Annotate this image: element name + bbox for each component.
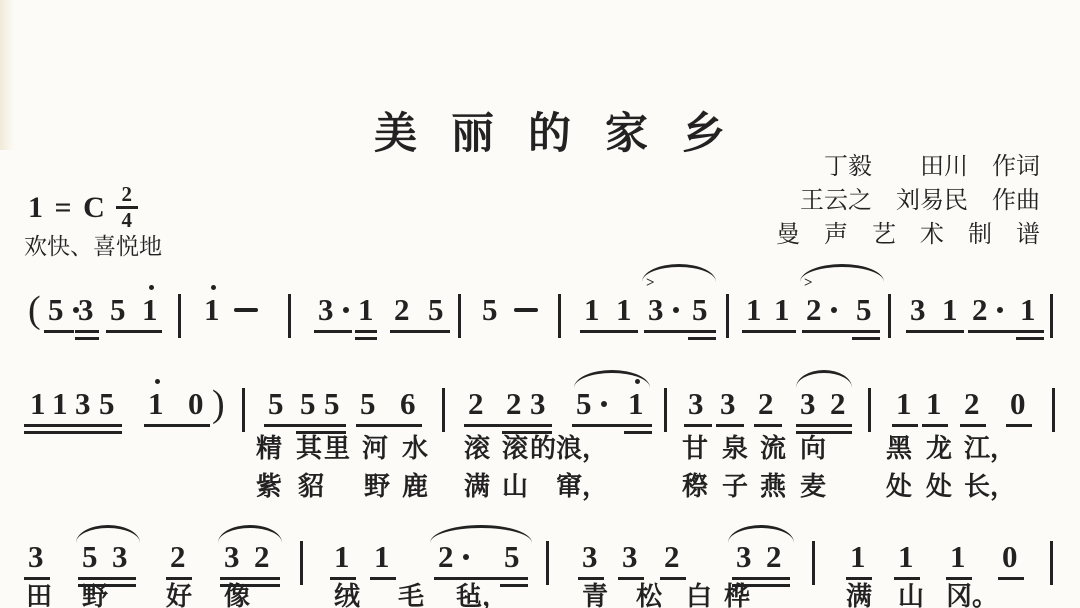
note: 1 [30,388,46,419]
note: 1 [374,541,390,572]
note: 3 [224,541,240,572]
note: 3 [28,541,44,572]
lyric-row: 田野好像绒毛毡，青松白桦满山冈。 [0,576,1080,608]
lyric-syllable: 龙 [926,428,952,465]
beam-line [314,330,352,333]
augmentation-dot [343,307,349,313]
note: 2 [766,541,782,572]
note: 5 [99,388,115,419]
lyric-syllable: 野 [82,576,108,608]
credit-line-lyricists: 丁毅 田川 作词 [776,150,1040,184]
note: 5 [268,388,284,419]
slur-arc [76,525,140,543]
beam-line [572,424,652,427]
note: 3 [622,541,638,572]
lyric-row: 精其里河水滚滚的浪，甘泉流向黑龙江， [0,428,1080,460]
lyric-syllable: 松 [636,576,662,608]
octave-dot [149,285,154,290]
lyric-syllable: 其 [296,428,322,465]
note: 3 [688,388,704,419]
octave-dot [211,285,216,290]
note: 5 [110,294,126,325]
page-edge-shade [0,0,14,150]
note: 1 [850,541,866,572]
note: 1 [358,294,374,325]
note: 3> [648,294,664,325]
barline [664,388,667,432]
note: 2> [806,294,822,325]
note: 1 [896,388,912,419]
lyric-syllable: 毛 [398,576,424,608]
lyric-syllable: 水 [402,428,428,465]
half-note-dash [514,308,538,312]
note: 5 [48,294,64,325]
note: 3 [910,294,926,325]
lyric-syllable: 山 [502,466,528,503]
augmentation-dot [831,307,837,313]
note: 1 [950,541,966,572]
lyric-syllable: 穄 [682,466,708,503]
note: 5 [324,388,340,419]
beam-line [464,424,552,427]
barline [888,294,891,338]
beam-line [968,330,1044,333]
note: 3 [582,541,598,572]
beam-line [684,424,712,427]
beam-line [906,330,964,333]
note: 1 [942,294,958,325]
note: 3 [530,388,546,419]
lyric-syllable: 的 [530,428,556,465]
note: 5 [82,541,98,572]
note: 1 [148,388,164,419]
beam-line [75,337,99,340]
slur-arc [800,264,884,282]
lyric-syllable: 田 [26,576,52,608]
note: 1 [1020,294,1036,325]
slur-arc [642,264,716,282]
lyric-syllable: 毡， [456,576,508,608]
note: 0 [1010,388,1026,419]
key-tonic: 1 = C [28,191,107,225]
note: 1 [628,388,644,419]
lyric-syllable: 河 [362,428,388,465]
lyric-syllable: 向 [800,428,826,465]
note: 2 [438,541,454,572]
lyric-syllable: 长， [964,466,1016,503]
note: 2 [506,388,522,419]
note: 2 [758,388,774,419]
barline [558,294,561,338]
tempo-marking: 欢快、喜悦地 [24,228,162,261]
beam-line [716,424,744,427]
parenthesis: ) [212,385,225,423]
note: 1 [52,388,68,419]
note: 1 [142,294,158,325]
note: 5 [692,294,708,325]
barline [1052,388,1055,432]
beam-line [960,424,986,427]
note: 2 [964,388,980,419]
lyric-syllable: 黑 [886,428,912,465]
beam-line [922,424,948,427]
beam-line [264,424,346,427]
note: 1 [898,541,914,572]
beam-line [580,330,638,333]
beam-line [355,337,377,340]
lyric-syllable: 山 [898,576,924,608]
lyric-syllable: 处 [926,466,952,503]
lyric-syllable: 甘 [682,428,708,465]
half-note-dash [234,308,258,312]
barline [1050,294,1053,338]
note: 5 [482,294,498,325]
lyric-syllable: 滚 [464,428,490,465]
beam-line [742,330,796,333]
note: 1 [774,294,790,325]
credit-line-engraver: 曼 声 艺 术 制 谱 [776,218,1040,252]
lyric-syllable: 野 [364,466,390,503]
barline [442,388,445,432]
lyric-syllable: 貂 [298,466,324,503]
beam-line [644,330,716,333]
lyric-syllable: 精 [256,428,282,465]
key-signature: 1 = C 2 4 [28,184,138,231]
beam-line [390,330,450,333]
note: 1 [584,294,600,325]
beam-line [802,330,880,333]
lyric-syllable: 绒 [334,576,360,608]
lyric-syllable: 鹿 [402,466,428,503]
augmentation-dot [463,554,469,560]
slur-arc [218,525,282,543]
note: 2 [170,541,186,572]
note: 3 [75,388,91,419]
note: 3 [736,541,752,572]
note: 1 [926,388,942,419]
beam-line [106,330,162,333]
slur-arc [430,525,532,543]
lyric-syllable: 滚 [502,428,528,465]
lyric-syllable: 青 [582,576,608,608]
note: 5 [360,388,376,419]
beam-line [892,424,918,427]
lyric-syllable: 江， [964,428,1016,465]
note: 5 [856,294,872,325]
parenthesis: ( [28,291,41,329]
barline [178,294,181,338]
slur-arc [728,525,794,543]
beam-line [24,424,122,427]
note: 1 [204,294,220,325]
lyric-syllable: 好 [166,576,192,608]
note: 3 [318,294,334,325]
lyric-syllable: 里 [324,428,350,465]
note: 0 [1002,541,1018,572]
barline [868,388,871,432]
time-signature: 2 4 [116,184,138,231]
lyric-syllable: 紫 [256,466,282,503]
lyric-syllable: 窜， [556,466,608,503]
lyric-syllable: 子 [722,466,748,503]
lyric-syllable: 像 [224,576,250,608]
beam-line [356,424,422,427]
note: 2 [664,541,680,572]
beam-line [852,337,880,340]
note: 5 [300,388,316,419]
beam-line [754,424,782,427]
beam-line [44,330,74,333]
beam-line [144,424,210,427]
credit-line-composers: 王云之 刘易民 作曲 [776,184,1040,218]
note: 1 [746,294,762,325]
note: 3 [78,294,94,325]
note: 2 [394,294,410,325]
octave-dot [155,379,160,384]
slur-arc [796,370,852,388]
barline [458,294,461,338]
lyric-syllable: 泉 [722,428,748,465]
note: 1 [616,294,632,325]
note: 2 [972,294,988,325]
sheet-music-page: 美丽的家乡 丁毅 田川 作词 王云之 刘易民 作曲 曼 声 艺 术 制 谱 1 … [0,0,1080,608]
barline [288,294,291,338]
lyric-syllable: 流 [760,428,786,465]
note: 2 [830,388,846,419]
meter-numerator: 2 [122,184,133,205]
lyric-syllable: 处 [886,466,912,503]
lyric-syllable: 浪， [556,428,608,465]
augmentation-dot [997,307,1003,313]
credits-block: 丁毅 田川 作词 王云之 刘易民 作曲 曼 声 艺 术 制 谱 [776,150,1040,252]
lyric-syllable: 满 [846,576,872,608]
note: 2 [468,388,484,419]
beam-line [1006,424,1032,427]
augmentation-dot [601,401,607,407]
note: 0 [188,388,204,419]
note: 2 [254,541,270,572]
note: 3 [720,388,736,419]
note: 3 [800,388,816,419]
lyric-row: 紫貂野鹿满山窜，穄子燕麦处处长， [0,466,1080,498]
beam-line [688,337,716,340]
beam-line [75,330,99,333]
lyric-syllable: 白 [686,576,712,608]
note: 6 [400,388,416,419]
lyric-syllable: 麦 [800,466,826,503]
note: 5 [576,388,592,419]
note: 5 [504,541,520,572]
barline [726,294,729,338]
beam-line [1016,337,1044,340]
lyric-syllable: 桦 [724,576,750,608]
lyric-syllable: 燕 [760,466,786,503]
augmentation-dot [673,307,679,313]
beam-line [796,424,852,427]
note: 3 [112,541,128,572]
song-title: 美丽的家乡 [374,100,759,161]
beam-line [355,330,377,333]
slur-arc [574,370,650,388]
note: 5 [428,294,444,325]
lyric-syllable: 满 [464,466,490,503]
staff-line: (5351131255113>5112>53121 [0,294,1080,358]
note: 1 [334,541,350,572]
barline [242,388,245,432]
lyric-syllable: 冈。 [946,576,998,608]
